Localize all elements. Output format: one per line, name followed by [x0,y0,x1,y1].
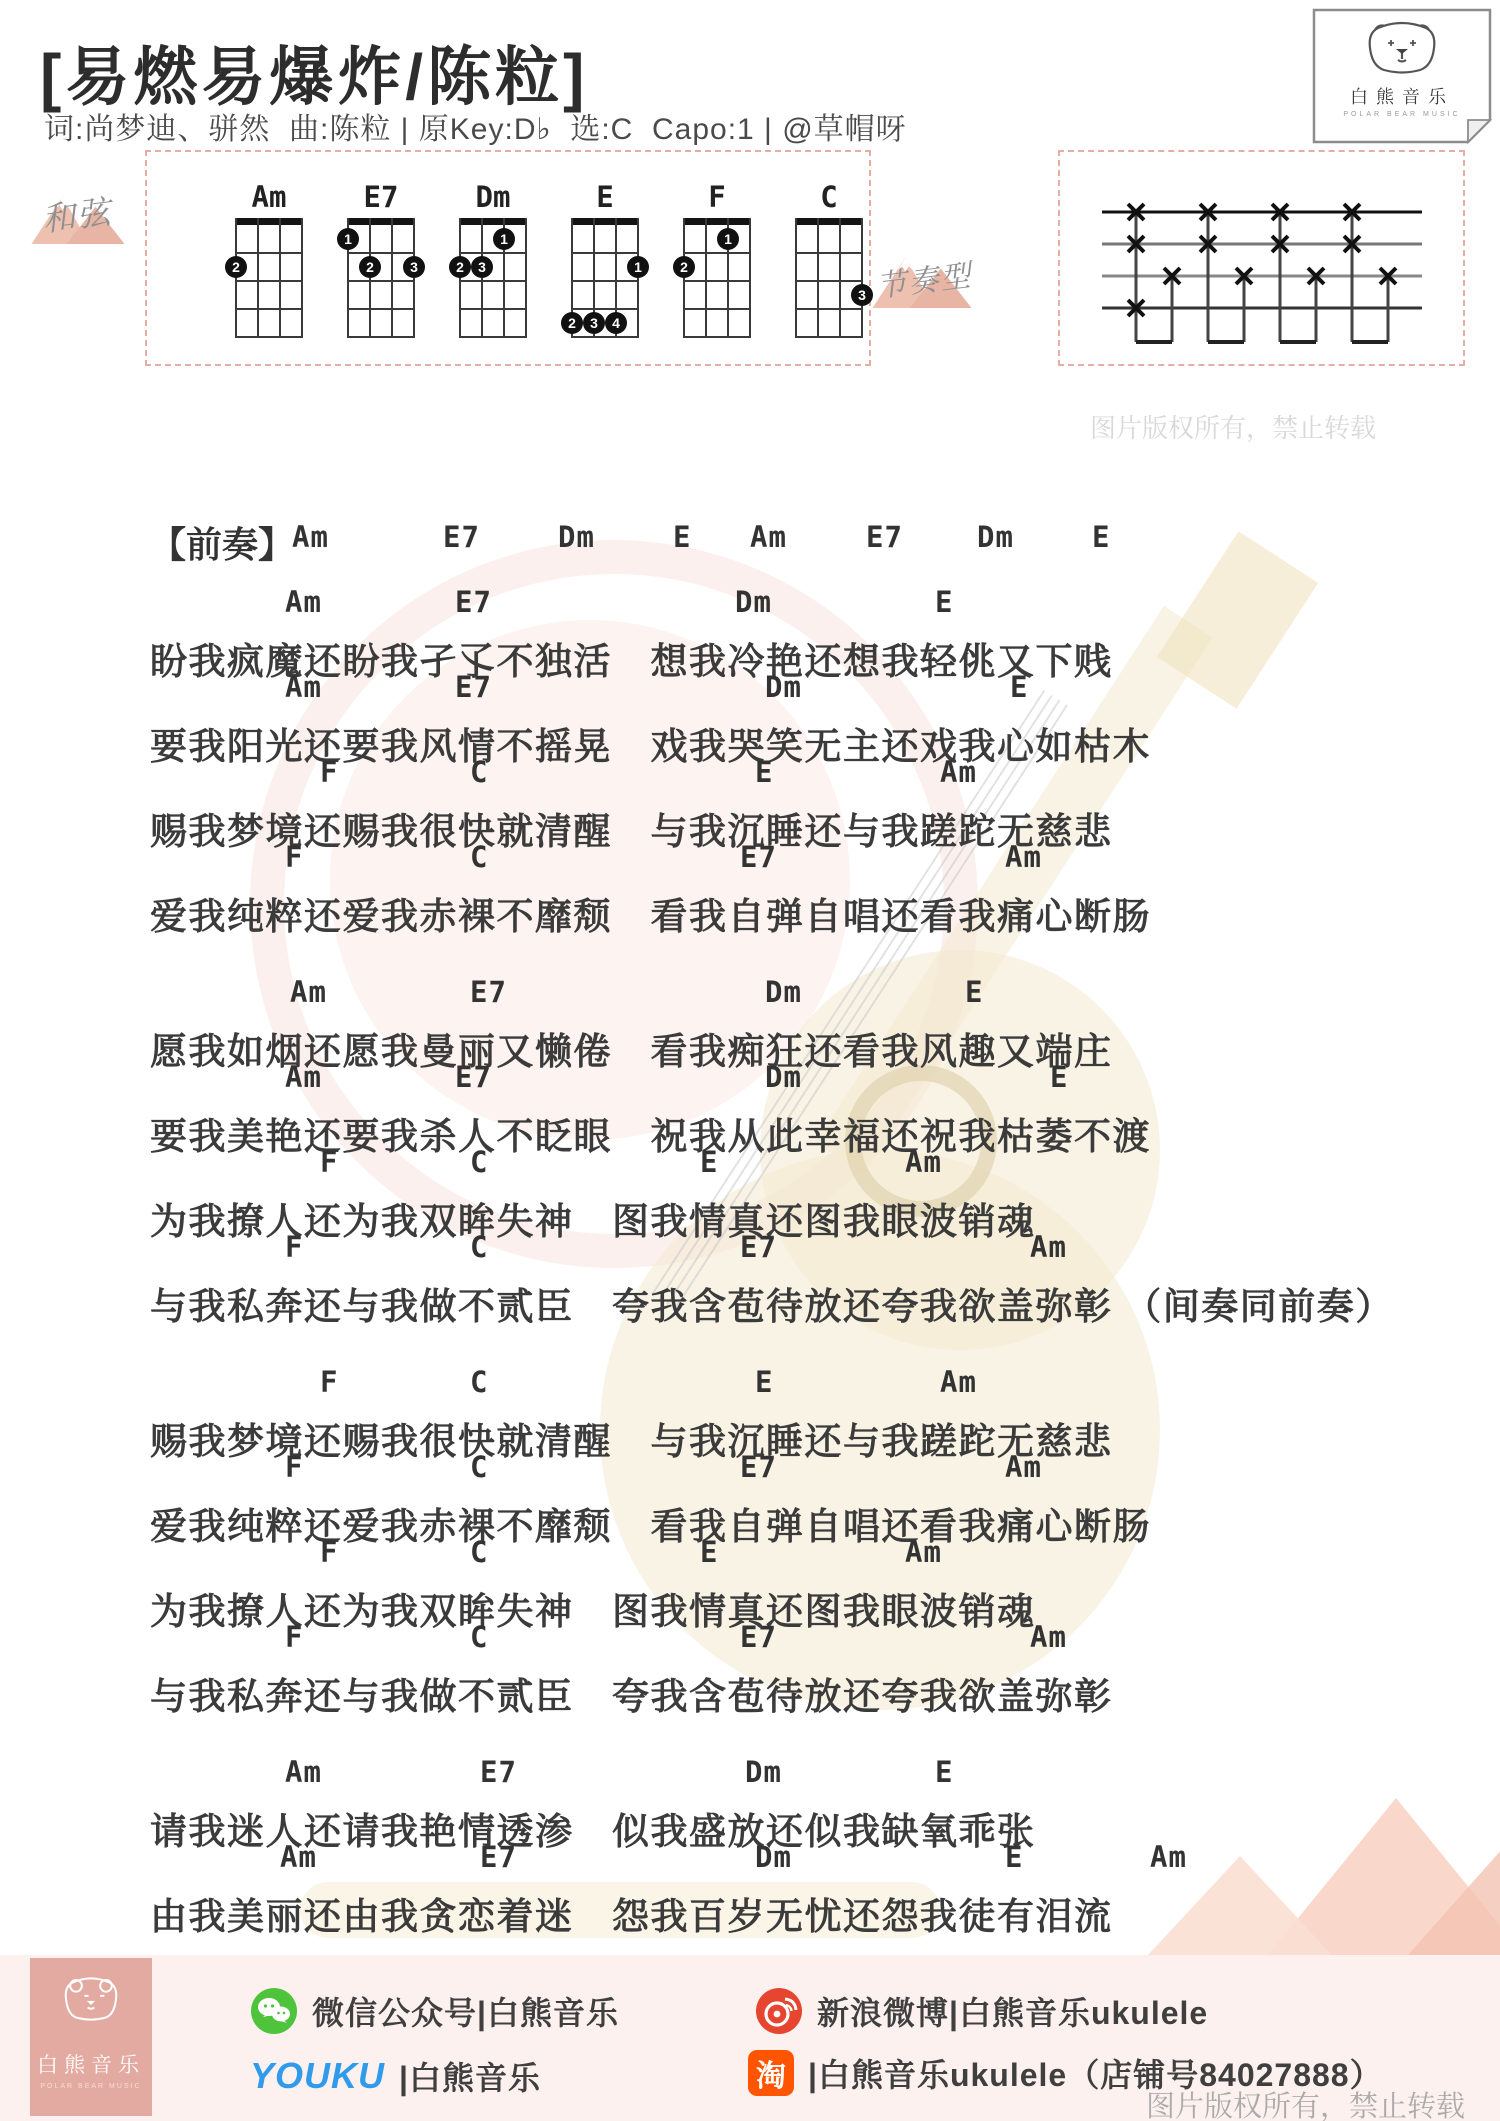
chord-label: C [470,1620,488,1654]
chord-label: Am [905,1535,942,1569]
chord-label: Am [1150,1840,1187,1874]
wechat-icon [250,1987,298,2035]
chord-label: E [1005,1840,1023,1874]
footer-brand-cn: 白熊音乐 [30,2049,152,2079]
chord-label: C [470,755,488,789]
lyrics-area: 【前奏】AmE7DmEAmE7DmEAmE7DmE盼我疯魔还盼我孑孓不独活 想我… [0,0,1500,2121]
chord-label: Am [1005,1450,1042,1484]
chord-label: E7 [480,1755,517,1789]
rhythm-section-label: 节奏型 [868,242,998,318]
footer-brand-en: POLAR BEAR MUSIC [30,2083,152,2090]
weibo-label: 新浪微博|白熊音乐ukulele [817,1988,1208,2034]
chord-label: E7 [740,1230,777,1264]
chord-label: C [470,1450,488,1484]
chord-label: E [935,585,953,619]
brand-name-en: POLAR BEAR MUSIC [1343,111,1460,118]
chord-label: E [700,1145,718,1179]
chord-label: E [755,755,773,789]
chord-label: Am [1030,1230,1067,1264]
youku-logo: YOUKU [250,2055,385,2097]
chord-label: C [470,1145,488,1179]
chord-label: Am [940,1365,977,1399]
chord-label: E7 [455,585,492,619]
weibo-icon [755,1987,803,2035]
chord-label: Am [750,520,787,554]
wechat-label: 微信公众号|白熊音乐 [312,1988,619,2034]
chord-label: E [935,1755,953,1789]
youku-label: |白熊音乐 [399,2053,541,2099]
chord-label: E [700,1535,718,1569]
intro-prefix-label: 【前奏】 [150,517,294,568]
chord-label: E [1010,670,1028,704]
chord-label: C [470,840,488,874]
chord-label: F [320,1145,338,1179]
brand-logo-box: 白熊音乐 POLAR BEAR MUSIC [1312,8,1492,149]
chord-label: E [965,975,983,1009]
chord-label: E7 [470,975,507,1009]
lyric-line: 要我美艳还要我杀人不眨眼 祝我从此幸福还祝我枯萎不渡 [150,1106,1151,1160]
chord-label: Dm [765,1060,802,1094]
chord-label: E [673,520,691,554]
chord-label: Am [292,520,329,554]
chord-label: E [755,1365,773,1399]
polar-bear-icon [1370,23,1435,73]
chord-label: E7 [740,1450,777,1484]
chord-label: E7 [740,840,777,874]
chord-label: Am [285,1060,322,1094]
lyric-line: 由我美丽还由我贪恋着迷 怨我百岁无忧还怨我徒有泪流 [150,1886,1113,1940]
chord-label: C [470,1365,488,1399]
chord-label: F [320,1535,338,1569]
chord-label: C [470,1535,488,1569]
lyric-line: 爱我纯粹还爱我赤裸不靡颓 看我自弹自唱还看我痛心断肠 [150,886,1151,940]
chord-label: F [320,755,338,789]
chord-label: E7 [443,520,480,554]
polar-bear-logo: 白熊音乐 POLAR BEAR MUSIC [1312,8,1492,144]
chord-label: Am [285,670,322,704]
footer-brand-box: 白熊音乐 POLAR BEAR MUSIC [30,1958,152,2116]
chord-label: F [285,1620,303,1654]
chord-label: E7 [866,520,903,554]
chord-label: E [1050,1060,1068,1094]
chords-section-label-text: 和弦 [39,186,114,241]
brand-name-cn: 白熊音乐 [1350,87,1454,107]
chord-label: Am [1030,1620,1067,1654]
chord-label: Dm [765,975,802,1009]
chords-section-label: 和弦 [28,182,138,254]
chord-label: F [285,840,303,874]
lyric-line: 与我私奔还与我做不贰臣 夸我含苞待放还夸我欲盖弥彰 [150,1666,1113,1720]
chord-label: Am [290,975,327,1009]
chord-label: E7 [455,1060,492,1094]
taobao-icon: 淘 [748,2050,794,2096]
chord-label: Am [940,755,977,789]
polar-bear-icon [41,1968,141,2042]
wechat-item: 微信公众号|白熊音乐 [250,1987,619,2035]
chord-label: Dm [755,1840,792,1874]
copyright-watermark: 图片版权所有，禁止转载 [1146,2084,1465,2121]
youku-item: YOUKU |白熊音乐 [250,2053,541,2099]
lyric-line: 要我阳光还要我风情不摇晃 戏我哭笑无主还戏我心如枯木 [150,716,1151,770]
weibo-item: 新浪微博|白熊音乐ukulele [755,1987,1208,2035]
lyric-line: 爱我纯粹还爱我赤裸不靡颓 看我自弹自唱还看我痛心断肠 [150,1496,1151,1550]
chord-label: Am [1005,840,1042,874]
chord-label: E [1092,520,1110,554]
chord-label: Dm [745,1755,782,1789]
chord-sheet-page: 图片版权所有，禁止转载 图片版权所有，禁止转载 [易燃易爆炸/陈粒] 词:尚梦迪… [0,0,1500,2121]
chord-label: E7 [455,670,492,704]
chord-label: F [320,1365,338,1399]
lyric-line: 与我私奔还与我做不贰臣 夸我含苞待放还夸我欲盖弥彰 （间奏同前奏） [150,1276,1394,1330]
chord-label: Dm [735,585,772,619]
lyric-line: 为我撩人还为我双眸失神 图我情真还图我眼波销魂 [150,1581,1036,1635]
chord-label: Dm [977,520,1014,554]
chord-label: F [285,1450,303,1484]
chord-label: F [285,1230,303,1264]
chord-label: E7 [480,1840,517,1874]
chord-label: Am [285,585,322,619]
lyric-line: 为我撩人还为我双眸失神 图我情真还图我眼波销魂 [150,1191,1036,1245]
credits-line: 词:尚梦迪、骈然 曲:陈粒 | 原Key:D♭ 选:C Capo:1 | @草帽… [44,104,907,148]
chord-label: Am [280,1840,317,1874]
chord-label: Dm [558,520,595,554]
chord-label: E7 [740,1620,777,1654]
chord-label: C [470,1230,488,1264]
chord-label: Dm [765,670,802,704]
chord-label: Am [905,1145,942,1179]
chord-label: Am [285,1755,322,1789]
